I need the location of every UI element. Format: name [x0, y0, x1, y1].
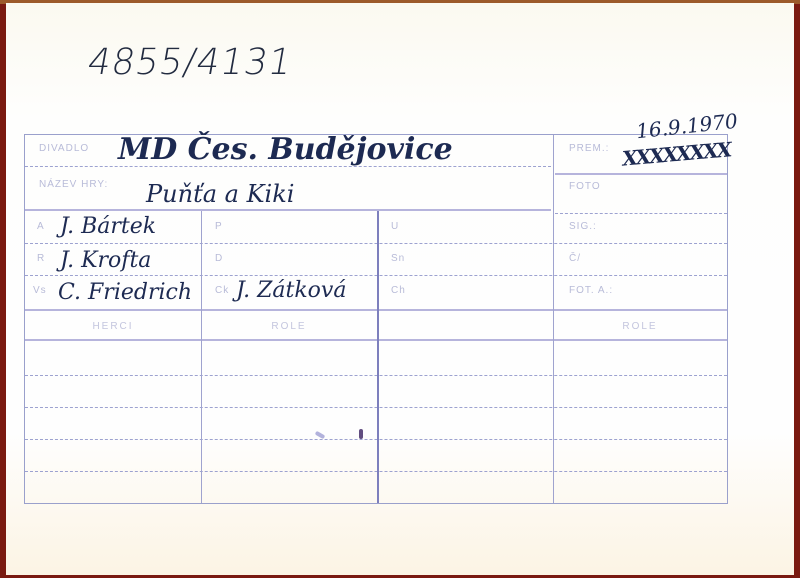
archive-number: 4855/4131: [84, 42, 296, 83]
rule: [25, 339, 727, 341]
label-nazev-hry: NÁZEV HRY:: [39, 179, 108, 190]
handwritten-kostymy: J. Zátková: [236, 278, 346, 303]
header-role: ROLE: [201, 321, 377, 332]
divider: [553, 135, 554, 503]
rule: [25, 471, 727, 472]
label-cislo: Č/: [569, 253, 581, 264]
label-fotograf: FOT. A.:: [569, 285, 613, 296]
rule: [25, 407, 727, 408]
handwritten-rezie: J. Krofta: [60, 248, 151, 273]
rule: [25, 209, 551, 211]
handwritten-vytvarnik: C. Friedrich: [58, 280, 192, 305]
divider: [201, 211, 202, 503]
label-kostymy: Ck: [215, 285, 229, 296]
handwritten-nazev-hry: Puňťa a Kiki: [146, 180, 294, 208]
handwritten-divadlo: MD Čes. Budějovice: [118, 132, 453, 167]
rule: [555, 173, 727, 175]
ink-smudge: [315, 431, 326, 439]
label-scena: Sn: [391, 253, 405, 264]
label-rezie: R: [37, 253, 45, 264]
ink-mark: [359, 429, 363, 439]
header-herci: HERCI: [25, 321, 201, 332]
label-dramaturgie: D: [215, 253, 223, 264]
label-signatura: SIG.:: [569, 221, 597, 232]
rule: [25, 309, 727, 311]
divider: [377, 211, 379, 503]
label-choreografie: Ch: [391, 285, 406, 296]
label-foto: FOTO: [569, 181, 601, 192]
rule: [25, 275, 727, 276]
rule: [25, 439, 727, 440]
header-role-2: ROLE: [553, 321, 727, 332]
rule: [25, 375, 727, 376]
rule: [25, 243, 727, 244]
label-vytvarnik: Vs: [33, 285, 47, 296]
form-grid: DIVADLO NÁZEV HRY: PREM.: FOTO A P U SIG…: [24, 134, 728, 504]
handwritten-autor: J. Bártek: [60, 214, 156, 239]
rule: [555, 213, 727, 214]
label-autor: A: [37, 221, 45, 232]
label-divadlo: DIVADLO: [39, 143, 89, 154]
label-preklad: P: [215, 221, 223, 232]
label-uprava: U: [391, 221, 399, 232]
label-premiera: PREM.:: [569, 143, 609, 154]
